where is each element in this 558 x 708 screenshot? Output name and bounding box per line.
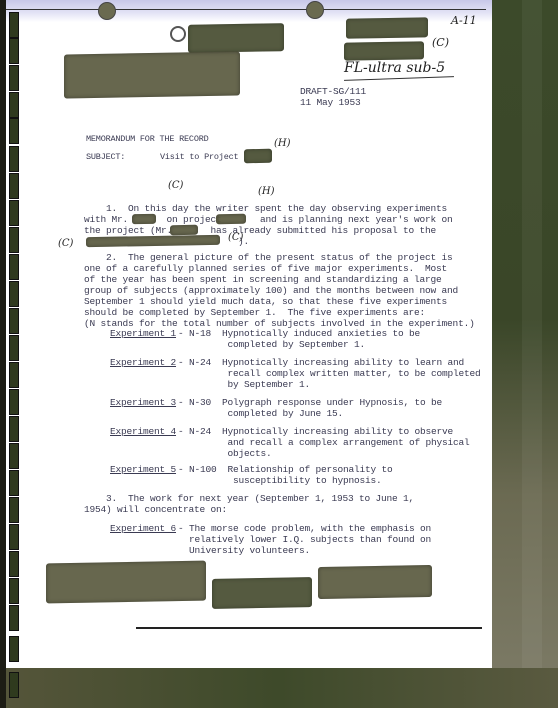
punch-hole — [98, 2, 116, 20]
redaction — [46, 561, 206, 604]
experiment-text: by September 1. — [178, 379, 310, 390]
paragraph-2-line: one of a carefully planned series of fiv… — [84, 263, 447, 274]
handwritten-ref: FL-ultra sub-5 — [344, 60, 445, 76]
redaction — [188, 23, 284, 53]
document-date: 11 May 1953 — [300, 97, 361, 108]
experiment-text: relatively lower I.Q. subjects than foun… — [178, 534, 431, 545]
document-page: A-11 (C) FL-ultra sub-5 DRAFT-SG/111 11 … — [6, 0, 492, 668]
experiment-text: completed by June 15. — [178, 408, 343, 419]
scanner-edge-bottom — [0, 668, 558, 708]
redaction — [216, 214, 246, 225]
memo-title: MEMORANDUM FOR THE RECORD — [86, 134, 209, 145]
experiment-text: objects. — [178, 448, 272, 459]
experiment-label: Experiment 5 — [110, 464, 176, 475]
punch-hole — [306, 1, 324, 19]
experiment-label: Experiment 1 — [110, 328, 176, 339]
experiment-label: Experiment 6 — [110, 523, 176, 534]
paragraph-3-line: 1954) will concentrate on: — [84, 504, 227, 515]
handwritten-tag: A-11 — [451, 14, 477, 27]
scanner-edge-right — [492, 0, 558, 708]
experiment-text: - The morse code problem, with the empha… — [178, 523, 431, 534]
redaction — [132, 214, 156, 224]
paragraph-1-line: the project (Mr. has already submitted h… — [84, 225, 436, 236]
document-number: DRAFT-SG/111 — [300, 86, 366, 97]
experiment-text: - N-24 Hypnotically increasing ability t… — [178, 357, 464, 368]
experiment-text: - N-24 Hypnotically increasing ability t… — [178, 426, 453, 437]
annotation-c: (C) — [432, 36, 449, 49]
annotation: (C) — [168, 180, 183, 191]
subject-value: Visit to Project — [160, 152, 238, 163]
redaction — [346, 17, 428, 38]
annotation-h: (H) — [274, 138, 291, 149]
experiment-text: - N-30 Polygraph response under Hypnosis… — [178, 397, 442, 408]
annotation: (C) — [228, 232, 243, 243]
experiment-text: and recall a complex arrangement of phys… — [178, 437, 470, 448]
experiment-text: recall complex written matter, to be com… — [178, 368, 481, 379]
redaction — [344, 41, 424, 60]
redaction — [244, 149, 272, 163]
experiment-text: - N-18 Hypnotically induced anxieties to… — [178, 328, 420, 339]
subject-label: SUBJECT: — [86, 152, 125, 163]
annotation: (C) — [58, 238, 73, 249]
redaction — [212, 577, 312, 609]
paragraph-2-line: group of subjects (approximately 100) an… — [84, 285, 458, 296]
redaction — [64, 51, 240, 98]
experiment-text: susceptibility to hypnosis. — [178, 475, 382, 486]
paragraph-2-line: September 1 should yield much data, so t… — [84, 296, 447, 307]
redaction — [318, 565, 432, 599]
paragraph-2-line: 2. The general picture of the present st… — [84, 252, 453, 263]
paragraph-1-line: 1. On this day the writer spent the day … — [84, 203, 447, 214]
experiment-label: Experiment 4 — [110, 426, 176, 437]
punch-hole — [170, 26, 186, 42]
paragraph-2-line: of the year has been spent in screening … — [84, 274, 442, 285]
redaction — [170, 225, 198, 235]
experiment-text: - N-100 Relationship of personality to — [178, 464, 393, 475]
paragraph-2-line: should be completed by September 1. The … — [84, 307, 425, 318]
experiment-label: Experiment 2 — [110, 357, 176, 368]
annotation: (H) — [258, 186, 275, 197]
paragraph-3-line: 3. The work for next year (September 1, … — [84, 493, 414, 504]
experiment-text: completed by September 1. — [178, 339, 365, 350]
experiment-label: Experiment 3 — [110, 397, 176, 408]
experiment-text: University volunteers. — [178, 545, 310, 556]
